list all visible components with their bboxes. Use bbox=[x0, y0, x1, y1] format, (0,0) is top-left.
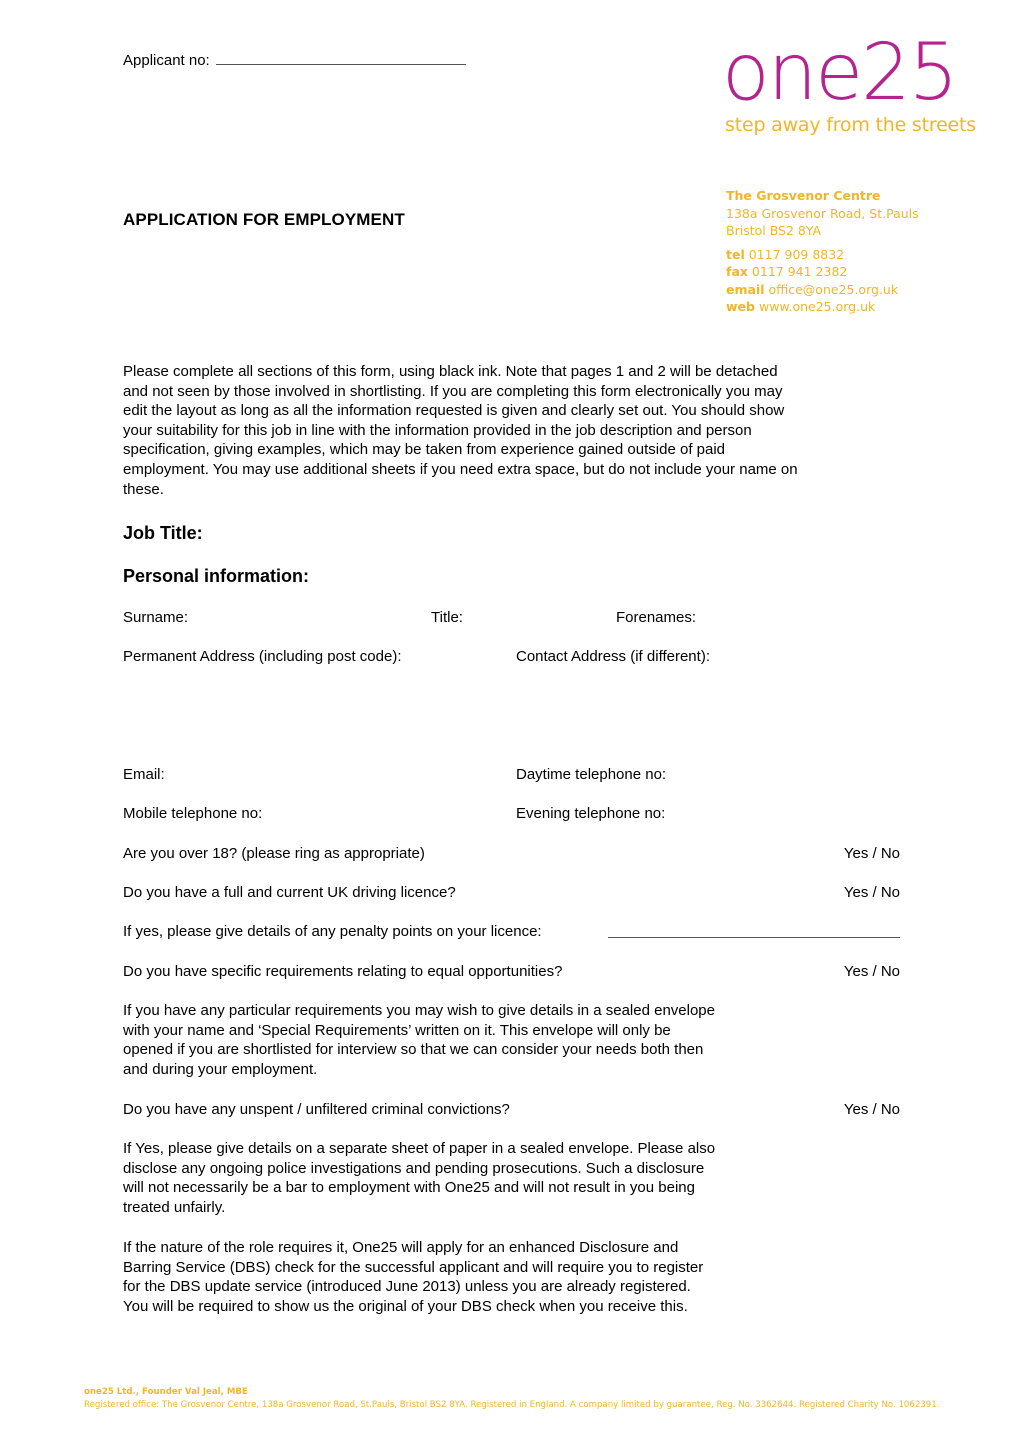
one25-logo: one25 step away from the streets bbox=[722, 34, 976, 135]
intro-line: edit the layout as long as all the infor… bbox=[123, 401, 923, 421]
licence-yes-no[interactable]: Yes / No bbox=[844, 883, 900, 903]
applicant-no-row: Applicant no: bbox=[123, 50, 466, 71]
intro-line: your suitability for this job in line wi… bbox=[123, 421, 923, 441]
special-requirements-line: If you have any particular requirements … bbox=[123, 1001, 883, 1021]
email-link[interactable]: office@one25.org.uk bbox=[769, 282, 899, 297]
dbs-line: for the DBS update service (introduced J… bbox=[123, 1277, 883, 1297]
forenames-label: Forenames: bbox=[616, 608, 696, 628]
intro-paragraph: Please complete all sections of this for… bbox=[123, 362, 923, 499]
special-requirements-paragraph: If you have any particular requirements … bbox=[123, 1001, 883, 1079]
email-label: Email: bbox=[123, 765, 165, 785]
dbs-line: You will be required to show us the orig… bbox=[123, 1297, 883, 1317]
convictions-paragraph: If Yes, please give details on a separat… bbox=[123, 1139, 883, 1217]
applicant-no-label: Applicant no: bbox=[123, 52, 210, 69]
tel-row: tel 0117 909 8832 bbox=[726, 246, 919, 264]
page-title: APPLICATION FOR EMPLOYMENT bbox=[123, 210, 405, 230]
applicant-no-field[interactable] bbox=[216, 50, 466, 65]
intro-line: these. bbox=[123, 480, 923, 500]
surname-label: Surname: bbox=[123, 608, 188, 628]
logo-tagline: step away from the streets bbox=[725, 116, 976, 135]
convictions-line: disclose any ongoing police investigatio… bbox=[123, 1159, 883, 1179]
logo-wordmark: one25 bbox=[722, 34, 976, 112]
fax-row: fax 0117 941 2382 bbox=[726, 263, 919, 281]
evening-tel-label: Evening telephone no: bbox=[516, 804, 665, 824]
daytime-tel-label: Daytime telephone no: bbox=[516, 765, 666, 785]
convictions-line: treated unfairly. bbox=[123, 1198, 883, 1218]
web-row: web www.one25.org.uk bbox=[726, 298, 919, 316]
convictions-line: will not necessarily be a bar to employm… bbox=[123, 1178, 883, 1198]
equal-ops-yes-no[interactable]: Yes / No bbox=[844, 962, 900, 982]
convictions-line: If Yes, please give details on a separat… bbox=[123, 1139, 883, 1159]
intro-line: and not seen by those involved in shortl… bbox=[123, 382, 923, 402]
penalty-points-field[interactable] bbox=[608, 923, 900, 938]
over18-yes-no[interactable]: Yes / No bbox=[844, 844, 900, 864]
web-link[interactable]: www.one25.org.uk bbox=[759, 299, 875, 314]
special-requirements-line: with your name and ‘Special Requirements… bbox=[123, 1021, 883, 1041]
dbs-paragraph: If the nature of the role requires it, O… bbox=[123, 1238, 883, 1316]
convictions-yes-no[interactable]: Yes / No bbox=[844, 1100, 900, 1120]
title-label: Title: bbox=[431, 608, 463, 628]
footer-registration: Registered office: The Grosvenor Centre,… bbox=[84, 1399, 939, 1412]
licence-question: Do you have a full and current UK drivin… bbox=[123, 883, 900, 903]
convictions-question: Do you have any unspent / unfiltered cri… bbox=[123, 1100, 900, 1120]
mobile-tel-label: Mobile telephone no: bbox=[123, 804, 262, 824]
footer-company: one25 Ltd., Founder Val Jeal, MBE bbox=[84, 1387, 248, 1397]
permanent-address-label: Permanent Address (including post code): bbox=[123, 647, 402, 667]
penalty-question: If yes, please give details of any penal… bbox=[123, 922, 900, 942]
intro-line: Please complete all sections of this for… bbox=[123, 362, 923, 382]
job-title-heading: Job Title: bbox=[123, 523, 203, 544]
contact-block: The Grosvenor Centre 138a Grosvenor Road… bbox=[726, 187, 919, 316]
footer: one25 Ltd., Founder Val Jeal, MBE Regist… bbox=[84, 1386, 939, 1412]
intro-line: employment. You may use additional sheet… bbox=[123, 460, 923, 480]
intro-line: specification, giving examples, which ma… bbox=[123, 440, 923, 460]
dbs-line: Barring Service (DBS) check for the succ… bbox=[123, 1258, 883, 1278]
address-line1: 138a Grosvenor Road, St.Pauls bbox=[726, 205, 919, 223]
address-line2: Bristol BS2 8YA bbox=[726, 222, 919, 240]
special-requirements-line: and during your employment. bbox=[123, 1060, 883, 1080]
email-row: email office@one25.org.uk bbox=[726, 281, 919, 299]
special-requirements-line: opened if you are shortlisted for interv… bbox=[123, 1040, 883, 1060]
dbs-line: If the nature of the role requires it, O… bbox=[123, 1238, 883, 1258]
personal-info-heading: Personal information: bbox=[123, 566, 309, 587]
equal-ops-question: Do you have specific requirements relati… bbox=[123, 962, 900, 982]
centre-name: The Grosvenor Centre bbox=[726, 188, 881, 203]
over18-question: Are you over 18? (please ring as appropr… bbox=[123, 844, 900, 864]
contact-address-label: Contact Address (if different): bbox=[516, 647, 710, 667]
